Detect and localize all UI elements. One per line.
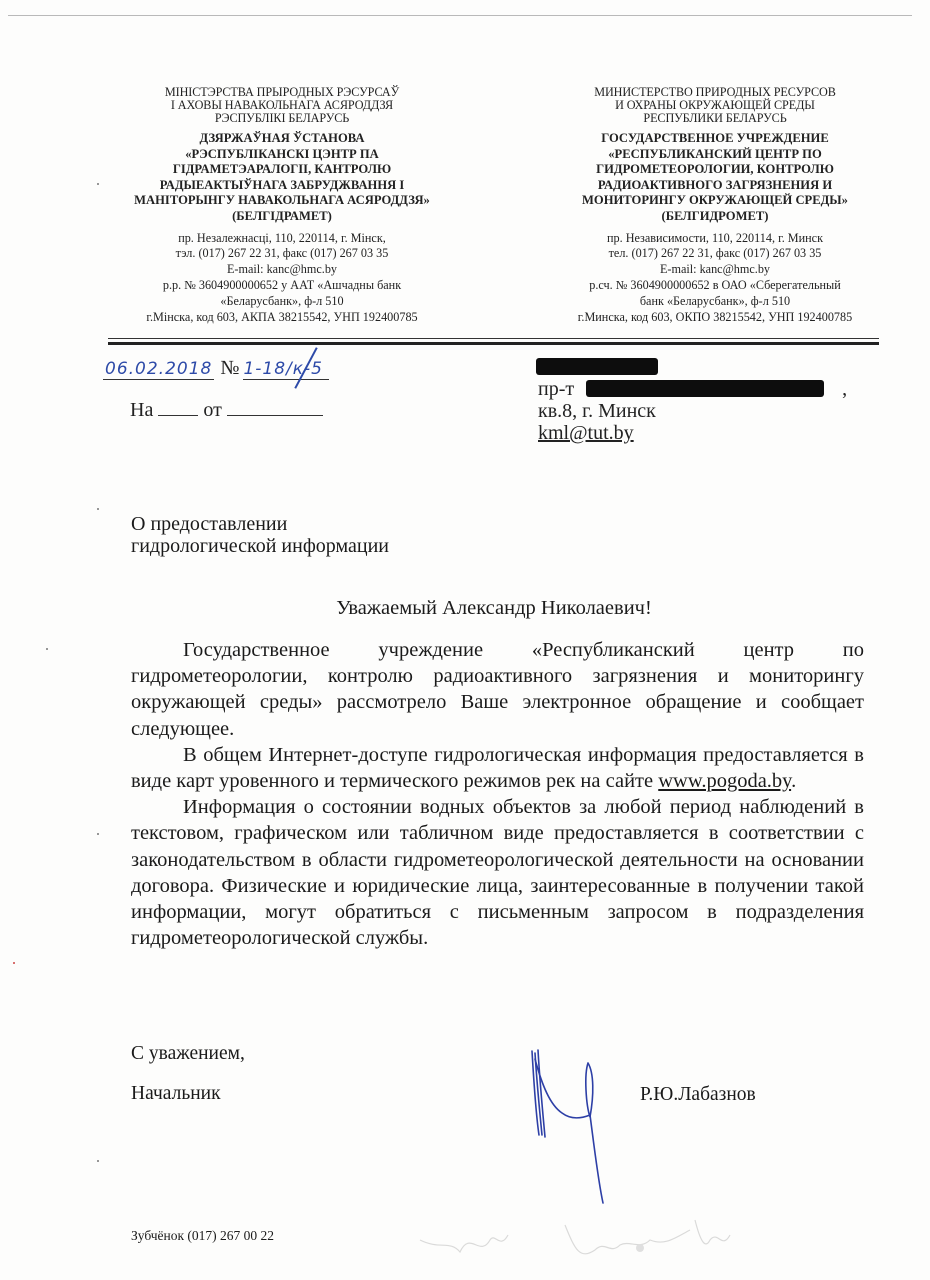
letter-subject: О предоставлении гидрологической информа… <box>131 513 389 557</box>
salutation: Уважаемый Александр Николаевич! <box>0 597 930 620</box>
number-sign: № <box>220 357 239 379</box>
faint-pencil-marks <box>400 1210 760 1270</box>
letterhead-belarusian: МІНІСТЭРСТВА ПРЫРОДНЫХ РЭСУРСАЎ І АХОВЫ … <box>112 86 452 325</box>
letterhead-russian: МИНИСТЕРСТВО ПРИРОДНЫХ РЕСУРСОВ И ОХРАНЫ… <box>545 86 885 325</box>
scan-top-edge <box>8 15 912 16</box>
registration-line: 06.02.2018№1-18/к-5 <box>103 357 329 380</box>
ministry-name-by: МІНІСТЭРСТВА ПРЫРОДНЫХ РЭСУРСАЎ І АХОВЫ … <box>112 86 452 125</box>
letterhead-divider-thin <box>108 338 879 339</box>
signatory-position: Начальник <box>131 1083 221 1105</box>
contacts-by: пр. Незалежнасці, 110, 220114, г. Мінск,… <box>112 231 452 326</box>
scan-speck <box>486 752 488 754</box>
letterhead-divider-thick <box>108 342 879 345</box>
organization-name-ru: ГОСУДАРСТВЕННОЕ УЧРЕЖДЕНИЕ «РЕСПУБЛИКАНС… <box>545 131 885 225</box>
recipient-email-link[interactable]: kml@tut.by <box>538 422 634 444</box>
recipient-address-line2: кв.8, г. Минск <box>538 400 847 422</box>
reply-number-blank <box>158 397 198 416</box>
letter-body: Государственное учреждение «Республиканс… <box>131 637 864 951</box>
scan-speck <box>97 183 99 185</box>
handwritten-reg-number: 1-18/к-5 <box>243 359 329 380</box>
scan-speck <box>13 962 15 964</box>
reply-date-blank <box>227 397 323 416</box>
scan-speck <box>97 833 99 835</box>
scan-speck <box>97 1160 99 1162</box>
closing: С уважением, <box>131 1043 245 1065</box>
paragraph-2: В общем Интернет-доступе гидрологическая… <box>131 742 864 794</box>
handwritten-date: 06.02.2018 <box>103 359 214 380</box>
reply-reference-line: На от <box>130 397 323 422</box>
ministry-name-ru: МИНИСТЕРСТВО ПРИРОДНЫХ РЕСУРСОВ И ОХРАНЫ… <box>545 86 885 125</box>
signatory-name: Р.Ю.Лабазнов <box>640 1084 756 1106</box>
redaction-street <box>586 380 824 397</box>
pogoda-link[interactable]: www.pogoda.by <box>658 770 791 792</box>
redaction-name <box>536 358 658 375</box>
contacts-ru: пр. Независимости, 110, 220114, г. Минск… <box>545 231 885 326</box>
scan-speck <box>46 648 48 650</box>
handwritten-signature <box>520 1045 630 1215</box>
scan-speck <box>97 508 99 510</box>
organization-name-by: ДЗЯРЖАЎНАЯ ЎСТАНОВА «РЭСПУБЛІКАНСКІ ЦЭНТ… <box>112 131 452 225</box>
paragraph-3: Информация о состоянии водных объектов з… <box>131 794 864 951</box>
paragraph-1: Государственное учреждение «Республиканс… <box>131 637 864 742</box>
executor-contact: Зубчёнок (017) 267 00 22 <box>131 1228 274 1244</box>
